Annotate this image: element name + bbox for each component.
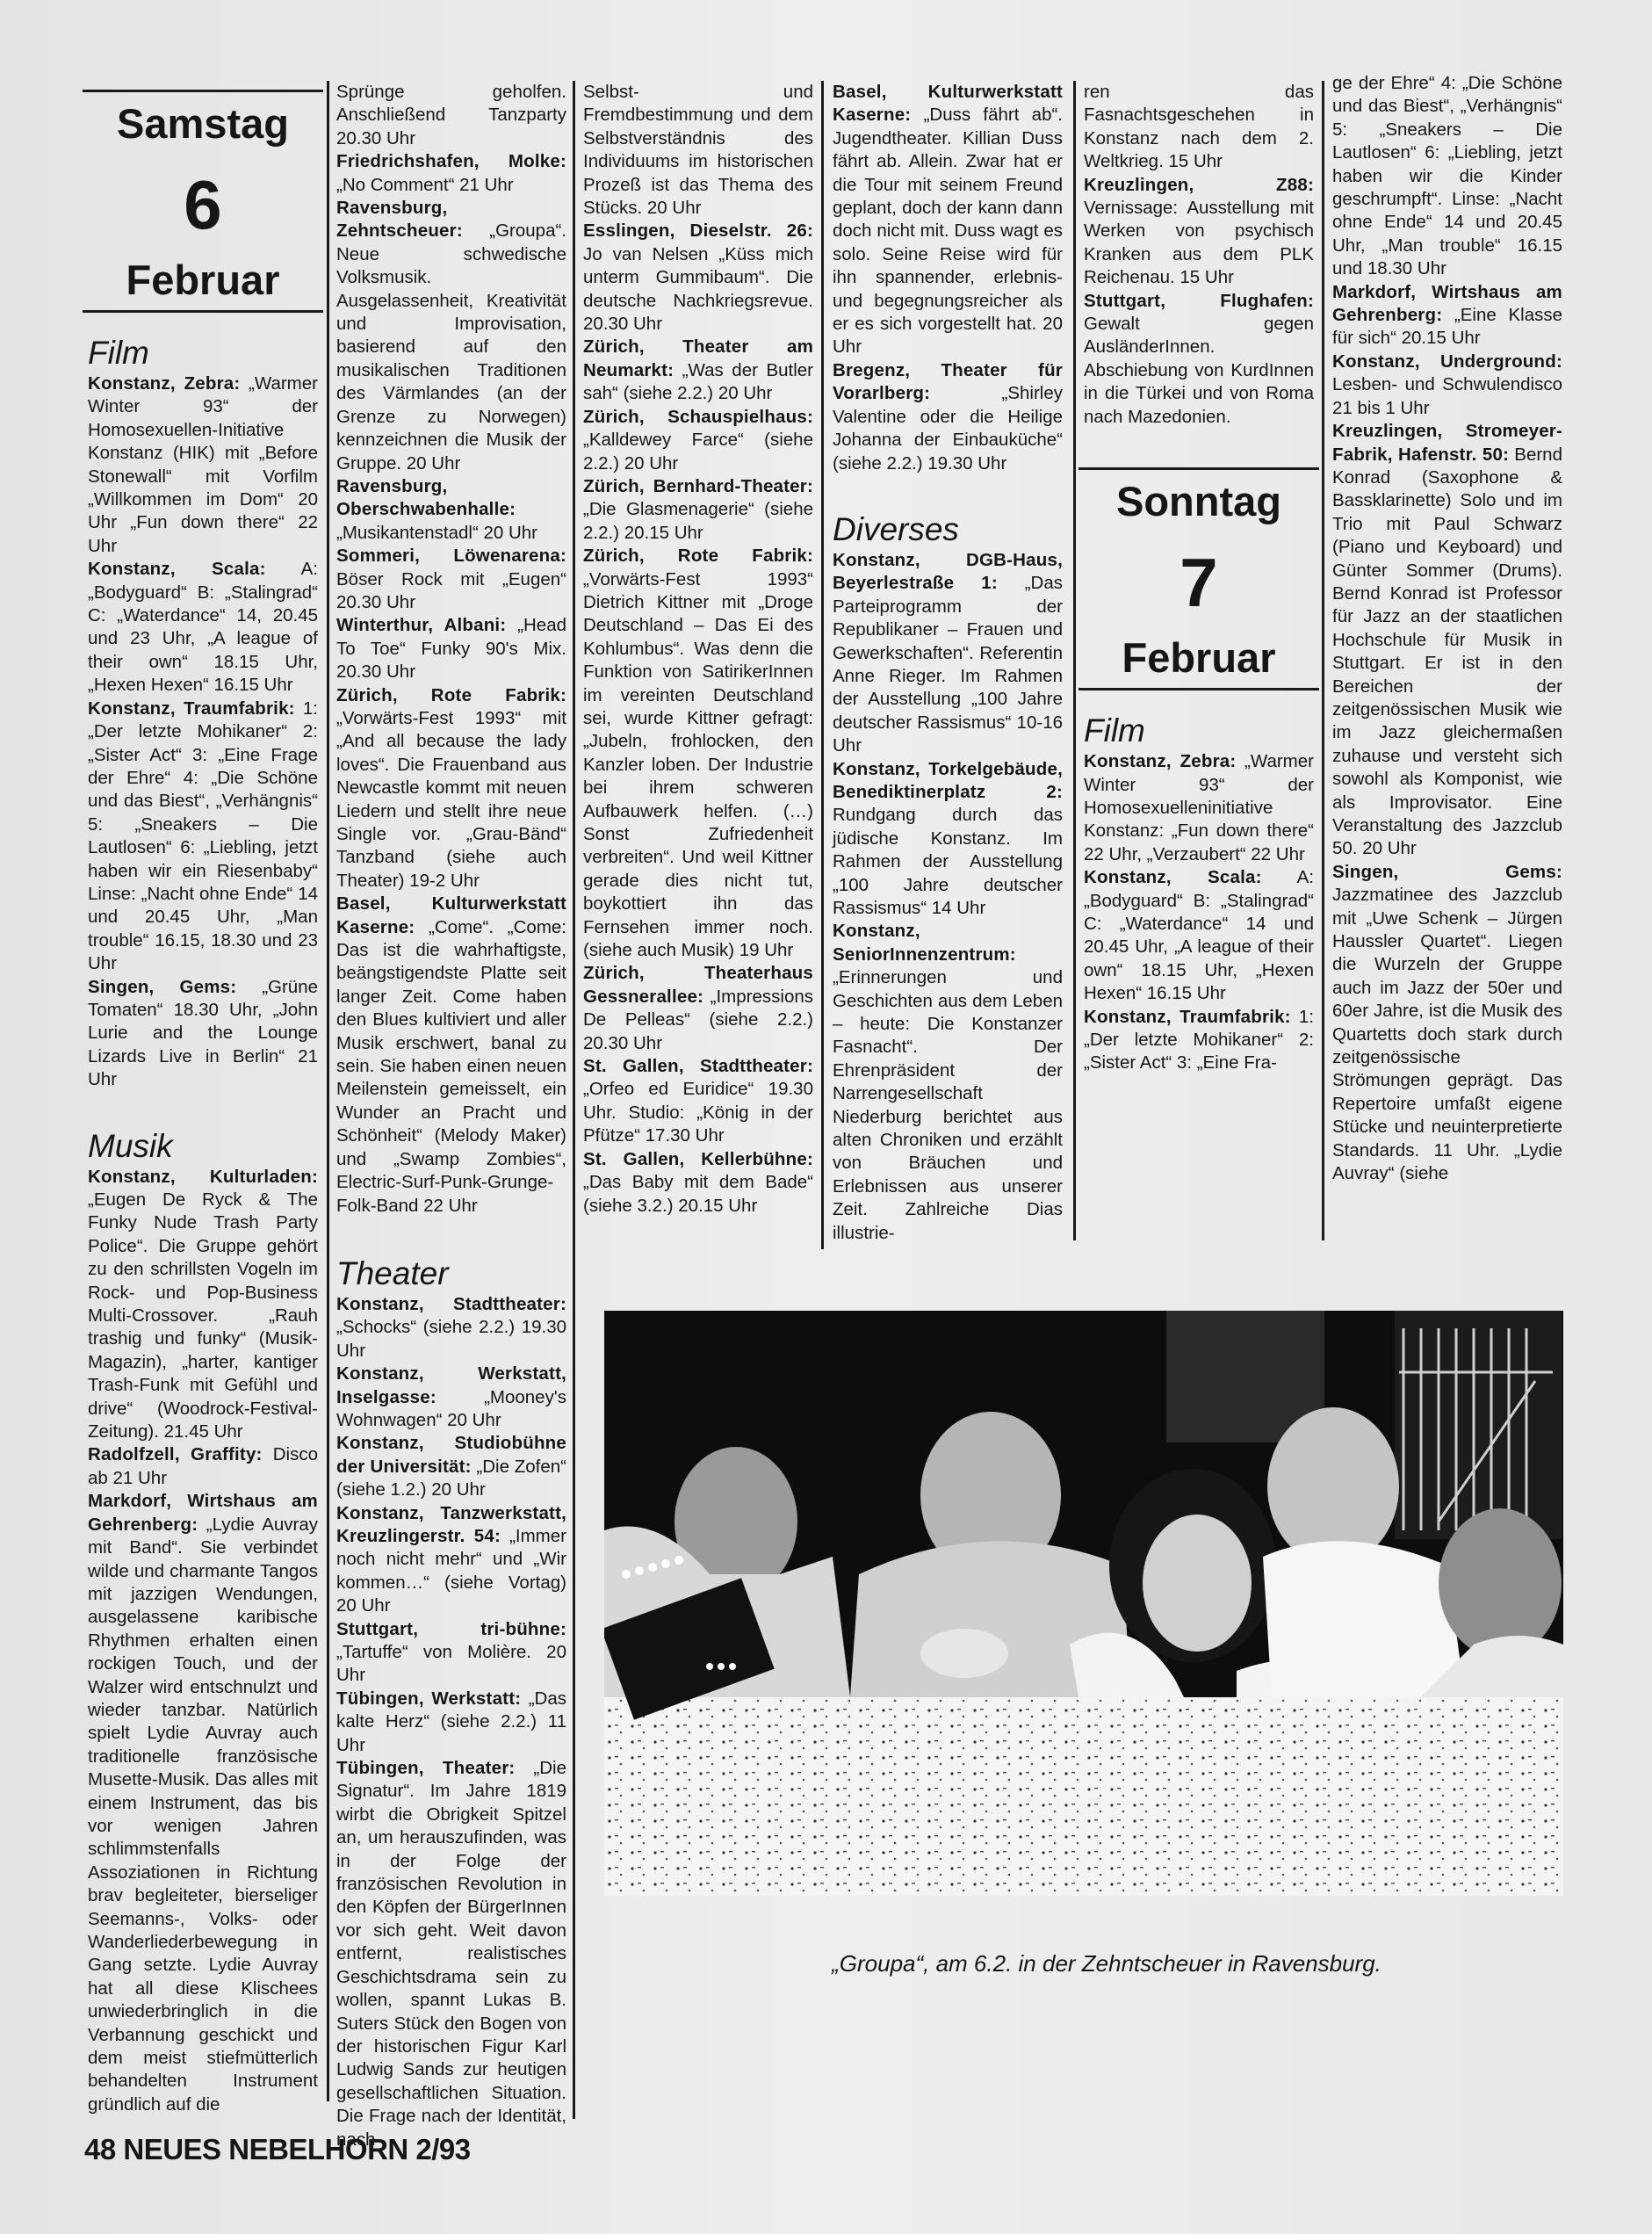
event-listing: Konstanz, Kulturladen: „Eugen De Ryck & … — [88, 1166, 318, 1444]
section-heading-musik: Musik — [88, 1127, 318, 1166]
event-description: Vernissage: Ausstellung mit Werken von p… — [1084, 198, 1314, 287]
rule — [1078, 688, 1319, 690]
event-venue: St. Gallen, Stadttheater: — [583, 1056, 813, 1076]
section-heading-film: Film — [1084, 712, 1314, 750]
event-description: „Schocks“ (siehe 2.2.) 19.30 Uhr — [336, 1317, 566, 1360]
event-listing: Kreuzlingen, Z88: Vernissage: Ausstellun… — [1084, 174, 1314, 290]
event-description: ren das Fasnachtsgeschehen in Konstanz n… — [1084, 82, 1314, 171]
event-description: Jo van Nelsen „Küss mich unterm Gummibau… — [583, 244, 813, 334]
event-venue: Tübingen, Theater: — [336, 1758, 515, 1778]
event-description: „Duss fährt ab“. Jugendtheater. Killian … — [833, 105, 1063, 357]
event-venue: Konstanz, Torkelgebäude, Benediktinerpla… — [833, 759, 1063, 802]
event-listing: Radolfzell, Graffity: Disco ab 21 Uhr — [88, 1443, 318, 1490]
event-description: „Die Signatur“. Im Jahre 1819 wirbt die … — [336, 1758, 566, 2150]
event-listing: Konstanz, Traumfabrik: 1: „Der letzte Mo… — [1084, 1006, 1314, 1075]
event-venue: St. Gallen, Kellerbühne: — [583, 1149, 813, 1169]
day-header-sunday: Sonntag 7 Februar — [1084, 467, 1314, 690]
event-listing: Konstanz, Studiobühne der Universität: „… — [336, 1432, 566, 1501]
event-listing: Markdorf, Wirtshaus am Gehrenberg: „Eine… — [1332, 281, 1562, 351]
event-listing: ge der Ehre“ 4: „Die Schöne und das Bies… — [1332, 72, 1562, 281]
listing-group: Konstanz, Zebra: „Warmer Winter 93“ der … — [1084, 750, 1314, 1075]
event-venue: Singen, Gems: — [88, 977, 236, 997]
event-listing: Tübingen, Werkstatt: „Das kalte Herz“ (s… — [336, 1688, 566, 1757]
event-description: „Orfeo ed Euridice“ 19.30 Uhr. Studio: „… — [583, 1079, 813, 1146]
event-description: „Eugen De Ryck & The Funky Nude Trash Pa… — [88, 1189, 318, 1442]
event-listing: Zürich, Schauspielhaus: „Kalldewey Farce… — [583, 406, 813, 475]
event-description: Selbst- und Fremdbestimmung und dem Selb… — [583, 82, 813, 218]
event-venue: Ravensburg, Oberschwabenhalle: — [336, 476, 516, 519]
event-listing: Stuttgart, tri-bühne: „Tartuffe“ von Mol… — [336, 1618, 566, 1688]
column-3: Selbst- und Fremdbestimmung und dem Selb… — [583, 81, 813, 1218]
weekday: Sonntag — [1084, 475, 1314, 528]
listing-group: ge der Ehre“ 4: „Die Schöne und das Bies… — [1332, 72, 1562, 1186]
column-divider — [573, 81, 575, 2119]
listing-group: Konstanz, DGB-Haus, Beyerlestraße 1: „Da… — [833, 549, 1063, 1245]
event-listing: Sommeri, Löwenarena: Böser Rock mit „Eug… — [336, 545, 566, 614]
event-listing: Singen, Gems: Jazzmatinee des Jazzclub m… — [1332, 861, 1562, 1186]
event-description: Jazzmatinee des Jazzclub mit „Uwe Schenk… — [1332, 885, 1562, 1183]
event-venue: Konstanz, SeniorInnenzentrum: — [833, 921, 1016, 964]
column-5: ren das Fasnachtsgeschehen in Konstanz n… — [1084, 81, 1314, 1075]
column-divider — [1322, 81, 1324, 1240]
photo-illustration — [604, 1311, 1563, 1896]
photo-caption: „Groupa“, am 6.2. in der Zehntscheuer in… — [650, 1950, 1563, 1977]
event-listing: Markdorf, Wirtshaus am Gehrenberg: „Lydi… — [88, 1490, 318, 2116]
event-listing: Konstanz, Scala: A: „Bodyguard“ B: „Stal… — [1084, 866, 1314, 1005]
section-heading-film: Film — [88, 334, 318, 372]
event-listing: Konstanz, Zebra: „Warmer Winter 93“ der … — [88, 372, 318, 558]
event-listing: ren das Fasnachtsgeschehen in Konstanz n… — [1084, 81, 1314, 174]
event-description: „Kalldewey Farce“ (siehe 2.2.) 20 Uhr — [583, 430, 813, 473]
event-venue: Singen, Gems: — [1332, 862, 1562, 882]
rule — [83, 90, 323, 92]
event-listing: Singen, Gems: „Grüne Tomaten“ 18.30 Uhr,… — [88, 976, 318, 1092]
event-venue: Tübingen, Werkstatt: — [336, 1688, 521, 1709]
rule — [83, 310, 323, 313]
event-listing: Konstanz, DGB-Haus, Beyerlestraße 1: „Da… — [833, 549, 1063, 758]
event-description: „Erinnerungen und Geschichten aus dem Le… — [833, 967, 1063, 1242]
event-venue: Zürich, Rote Fabrik: — [583, 546, 813, 566]
event-listing: Stuttgart, Flughafen: Gewalt gegen Auslä… — [1084, 290, 1314, 429]
event-venue: Friedrichshafen, Molke: — [336, 151, 566, 171]
event-venue: Kreuzlingen, Z88: — [1084, 175, 1314, 195]
event-listing: Zürich, Theater am Neumarkt: „Was der Bu… — [583, 336, 813, 405]
event-venue: Esslingen, Dieselstr. 26: — [583, 221, 813, 241]
event-venue: Konstanz, Underground: — [1332, 351, 1562, 372]
event-listing: Esslingen, Dieselstr. 26: Jo van Nelsen … — [583, 220, 813, 336]
event-listing: Zürich, Rote Fabrik: „Vorwärts-Fest 1993… — [583, 545, 813, 962]
event-venue: Ravensburg, Zehntscheuer: — [336, 198, 463, 241]
column-divider — [821, 81, 824, 1249]
event-description: Rundgang durch das jüdische Konstanz. Im… — [833, 805, 1063, 918]
event-venue: Zürich, Bernhard-Theater: — [583, 476, 813, 496]
column-divider — [1073, 81, 1076, 1240]
event-listing: Ravensburg, Oberschwabenhalle: „Musikant… — [336, 475, 566, 545]
event-listing: Basel, Kulturwerkstatt Kaserne: „Come“. … — [336, 893, 566, 1218]
event-description: Böser Rock mit „Eugen“ 20.30 Uhr — [336, 569, 566, 612]
column-2: Sprünge geholfen. Anschließend Tanzparty… — [336, 81, 566, 2151]
event-description: A: „Bodyguard“ B: „Stalingrad“ C: „Water… — [88, 559, 318, 695]
event-listing: Zürich, Rote Fabrik: „Vorwärts-Fest 1993… — [336, 684, 566, 893]
event-description: „Das Parteiprogramm der Republikaner – F… — [833, 573, 1063, 756]
event-listing: Konstanz, Torkelgebäude, Benediktinerpla… — [833, 758, 1063, 921]
event-description: „Die Glasmenagerie“ (siehe 2.2.) 20.15 U… — [583, 499, 813, 542]
event-description: Bernd Konrad (Saxophone & Bassklarinette… — [1332, 445, 1562, 859]
section-heading-theater: Theater — [336, 1254, 566, 1293]
event-listing: Konstanz, Scala: A: „Bodyguard“ B: „Stal… — [88, 558, 318, 697]
page-footer: 48 NEUES NEBELHORN 2/93 — [84, 2133, 471, 2166]
event-venue: Stuttgart, Flughafen: — [1084, 291, 1314, 311]
event-description: „Groupa“. Neue schwedische Volksmusik. A… — [336, 221, 566, 473]
rule — [1078, 467, 1319, 470]
event-description: „No Comment“ 21 Uhr — [336, 175, 514, 195]
event-description: „Lydie Auvray mit Band“. Sie verbindet w… — [88, 1515, 318, 2115]
event-venue: Konstanz, Scala: — [88, 559, 266, 579]
event-listing: Selbst- und Fremdbestimmung und dem Selb… — [583, 81, 813, 220]
listing-group: Basel, Kulturwerkstatt Kaserne: „Duss fä… — [833, 81, 1063, 475]
column-1: Samstag 6 Februar Film Konstanz, Zebra: … — [88, 86, 318, 2116]
event-venue: Konstanz, Zebra: — [1084, 751, 1236, 771]
month: Februar — [88, 256, 318, 305]
event-listing: Bregenz, Theater für Vorarlberg: „Shirle… — [833, 359, 1063, 475]
event-description: „Vorwärts-Fest 1993“ mit „And all becaus… — [336, 708, 566, 891]
event-venue: Zürich, Schauspielhaus: — [583, 407, 813, 427]
event-listing: Tübingen, Theater: „Die Signatur“. Im Ja… — [336, 1757, 566, 2151]
event-venue: Konstanz, Traumfabrik: — [88, 698, 295, 719]
event-description: „Come“. „Come: Das ist die wahrhaftigste… — [336, 917, 566, 1216]
event-description: „Tartuffe“ von Molière. 20 Uhr — [336, 1642, 566, 1685]
event-description: ge der Ehre“ 4: „Die Schöne und das Bies… — [1332, 73, 1562, 278]
event-venue: Zürich, Rote Fabrik: — [336, 685, 566, 705]
listing-group: Selbst- und Fremdbestimmung und dem Selb… — [583, 81, 813, 1218]
event-venue: Radolfzell, Graffity: — [88, 1444, 263, 1464]
day-number: 6 — [88, 161, 318, 249]
column-4: Basel, Kulturwerkstatt Kaserne: „Duss fä… — [833, 81, 1063, 1245]
column-divider — [327, 81, 329, 2101]
event-venue: Sommeri, Löwenarena: — [336, 546, 566, 566]
event-description: Lesben- und Schwulendisco 21 bis 1 Uhr — [1332, 374, 1562, 417]
event-description: A: „Bodyguard“ B: „Stalingrad“ C: „Water… — [1084, 867, 1314, 1003]
event-description: „Warmer Winter 93“ der Homosexuellen-Ini… — [88, 373, 318, 556]
event-listing: Zürich, Bernhard-Theater: „Die Glasmenag… — [583, 475, 813, 545]
listing-group: Sprünge geholfen. Anschließend Tanzparty… — [336, 81, 566, 1218]
event-listing: Friedrichshafen, Molke: „No Comment“ 21 … — [336, 150, 566, 197]
event-listing: Konstanz, Underground: Lesben- und Schwu… — [1332, 351, 1562, 420]
listing-group: Konstanz, Kulturladen: „Eugen De Ryck & … — [88, 1166, 318, 2117]
event-listing: Sprünge geholfen. Anschließend Tanzparty… — [336, 81, 566, 150]
event-listing: Konstanz, Stadttheater: „Schocks“ (siehe… — [336, 1293, 566, 1363]
weekday: Samstag — [88, 98, 318, 150]
listing-group: Konstanz, Zebra: „Warmer Winter 93“ der … — [88, 372, 318, 1092]
event-venue: Konstanz, Scala: — [1084, 867, 1262, 887]
event-description: „Vorwärts-Fest 1993“ Dietrich Kittner mi… — [583, 569, 813, 961]
event-description: 1: „Der letzte Mohikaner“ 2: „Sister Act… — [88, 698, 318, 973]
event-listing: St. Gallen, Stadttheater: „Orfeo ed Euri… — [583, 1055, 813, 1148]
event-listing: Kreuzlingen, Stromeyer-Fabrik, Hafenstr.… — [1332, 420, 1562, 861]
event-listing: Konstanz, Werkstatt, Inselgasse: „Mooney… — [336, 1363, 566, 1432]
section-heading-diverses: Diverses — [833, 510, 1063, 549]
listing-group: ren das Fasnachtsgeschehen in Konstanz n… — [1084, 81, 1314, 429]
event-listing: St. Gallen, Kellerbühne: „Das Baby mit d… — [583, 1148, 813, 1218]
event-description: Sprünge geholfen. Anschließend Tanzparty… — [336, 82, 566, 148]
event-listing: Konstanz, SeniorInnenzentrum: „Erinnerun… — [833, 920, 1063, 1245]
event-venue: Winterthur, Albani: — [336, 615, 506, 635]
listing-group: Konstanz, Stadttheater: „Schocks“ (siehe… — [336, 1293, 566, 2151]
day-number: 7 — [1084, 539, 1314, 626]
band-photo — [604, 1311, 1563, 1896]
event-listing: Ravensburg, Zehntscheuer: „Groupa“. Neue… — [336, 197, 566, 475]
event-description: „Musikantenstadl“ 20 Uhr — [336, 523, 537, 543]
month: Februar — [1084, 633, 1314, 683]
event-venue: Konstanz, Stadttheater: — [336, 1294, 566, 1314]
event-description: Gewalt gegen AusländerInnen. Abschiebung… — [1084, 314, 1314, 427]
event-venue: Stuttgart, tri-bühne: — [336, 1619, 566, 1639]
column-6: ge der Ehre“ 4: „Die Schöne und das Bies… — [1332, 72, 1562, 1186]
event-listing: Basel, Kulturwerkstatt Kaserne: „Duss fä… — [833, 81, 1063, 359]
event-listing: Konstanz, Tanzwerkstatt, Kreuzlingerstr.… — [336, 1502, 566, 1618]
event-description: „Das Baby mit dem Bade“ (siehe 3.2.) 20.… — [583, 1172, 813, 1215]
event-venue: Konstanz, Zebra: — [88, 373, 240, 394]
event-listing: Winterthur, Albani: „Head To Toe“ Funky … — [336, 614, 566, 683]
event-listing: Zürich, Theaterhaus Gessnerallee: „Impre… — [583, 962, 813, 1055]
event-venue: Konstanz, Kulturladen: — [88, 1167, 318, 1187]
day-header-saturday: Samstag 6 Februar — [88, 90, 318, 313]
event-venue: Konstanz, Traumfabrik: — [1084, 1007, 1291, 1027]
event-listing: Konstanz, Zebra: „Warmer Winter 93“ der … — [1084, 750, 1314, 866]
event-listing: Konstanz, Traumfabrik: 1: „Der letzte Mo… — [88, 698, 318, 976]
